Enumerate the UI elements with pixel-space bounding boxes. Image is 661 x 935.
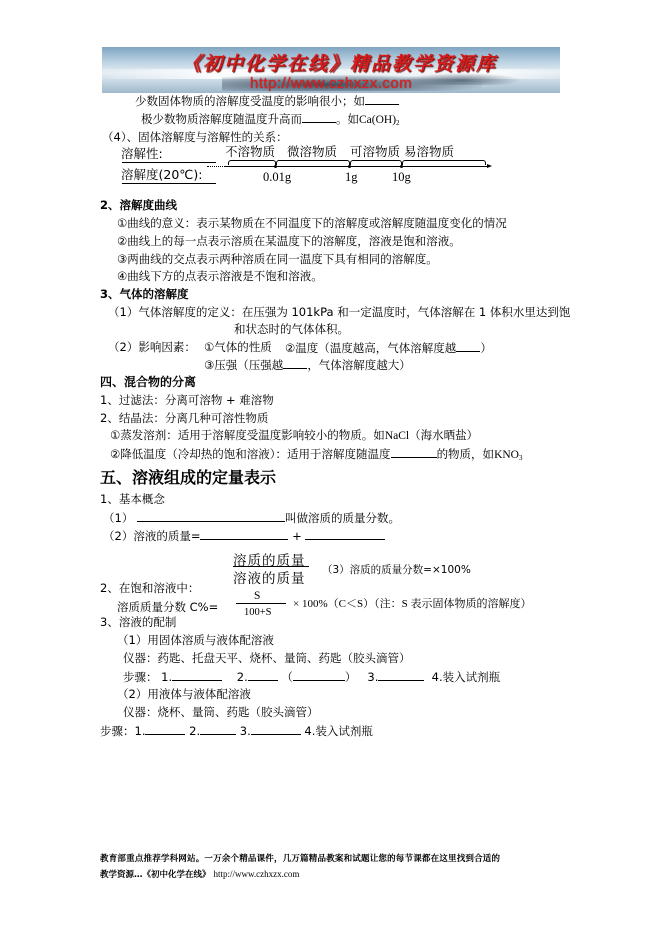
section-heading: 2、在饱和溶液中： (100, 581, 199, 595)
text-line: 仪器：烧杯、量筒、药匙（胶头滴管） (123, 705, 319, 719)
text-line: （2）影响因素： (108, 340, 196, 354)
threshold-label: 10g (392, 170, 411, 184)
tick-mark (348, 165, 351, 168)
list-item: ③两曲线的交点表示两种溶质在同一温度下具有相同的溶解度。 (117, 252, 438, 266)
scale-axis (225, 166, 488, 167)
text-line: ③压强（压强越，气体溶解度越大） (204, 357, 411, 372)
threshold-label: 0.01g (263, 170, 291, 184)
blank (251, 723, 301, 735)
range-brace (228, 160, 276, 165)
tick-mark (274, 165, 277, 168)
category-label: 易溶物质 (404, 145, 454, 159)
steps-row: 步骤：1. 2. 3. 4.装入试剂瓶 (100, 723, 373, 738)
blank (365, 93, 399, 105)
blank (283, 357, 307, 369)
blank (200, 528, 288, 540)
fraction-bar (236, 603, 286, 604)
subsection-title: （1）用固体溶质与液体配溶液 (117, 633, 274, 647)
subsection-title: （4）、固体溶解度与溶解性的关系： (102, 130, 288, 144)
banner-url[interactable]: http://www.czhxzx.com (250, 75, 412, 92)
chapter-heading: 四、混合物的分离 (100, 375, 196, 389)
text-line: ②温度（温度越高，气体溶解度越） (285, 340, 492, 355)
blank (137, 510, 285, 522)
steps-row: 步骤： 1. 2. （） 3. 4.装入试剂瓶 (123, 669, 500, 684)
tick-mark (400, 165, 403, 168)
category-label: 不溶物质 (225, 145, 275, 159)
fraction-denominator: 100+S (244, 606, 272, 620)
arrow-icon (487, 164, 492, 168)
subsection-title: （2）用液体与液体配溶液 (117, 687, 251, 701)
label-underline (122, 162, 216, 163)
list-item: ②曲线上的每一点表示溶质在某温度下的溶解度，溶液是饱和溶液。 (117, 234, 461, 248)
label-underline (122, 183, 216, 184)
scale-dotted-start (207, 166, 225, 167)
blank (391, 446, 437, 458)
text-line: 少数固体物质的溶解度受温度的影响很小；如 (135, 93, 399, 108)
list-item: ①蒸发溶剂：适用于溶解度受温度影响较小的物质。如NaCl（海水晒盐） (110, 428, 478, 443)
blank (145, 723, 185, 735)
section-heading: 2、溶解度曲线 (100, 198, 177, 212)
banner-title: 《初中化学在线》精品教学资源库 (182, 49, 497, 76)
text-line: 和状态时的气体体积。 (234, 322, 349, 336)
blank (200, 723, 236, 735)
text-line: （1） 叫做溶质的质量分数。 (103, 510, 400, 525)
range-brace (350, 160, 402, 165)
blank (456, 340, 480, 352)
category-label: 微溶物质 (287, 145, 337, 159)
section-heading: 1、基本概念 (100, 492, 165, 506)
text-line: （3）溶质的质量分数=×100% (322, 563, 471, 577)
blank (302, 111, 336, 123)
text-line: （2）溶液的质量= + (103, 528, 385, 543)
text-line: （1）气体溶解度的定义：在压强为 101kPa 和一定温度时，气体溶解在 1 体… (108, 305, 570, 319)
scale-row-label: 溶解度(20℃): (121, 168, 202, 182)
range-brace (276, 160, 350, 165)
scale-row-label: 溶解性: (121, 147, 163, 161)
category-label: 可溶物质 (350, 145, 400, 159)
footer-url[interactable]: http://www.czhxzx.com (213, 869, 299, 879)
fraction-numerator: S (254, 589, 260, 603)
fraction-denominator: 溶液的质量 (233, 567, 306, 587)
list-item: ④曲线下方的点表示溶液是不饱和溶液。 (117, 269, 323, 283)
blank (378, 669, 424, 681)
section-heading: 3、气体的溶解度 (100, 287, 189, 301)
section-heading: 3、溶液的配制 (100, 615, 176, 629)
list-item: ②降低温度（冷却热的饱和溶液）：适用于溶解度随温度的物质，如KNO3 (110, 446, 522, 465)
list-item: 2、结晶法：分离几种可溶性物质 (100, 411, 268, 425)
text-line: 极少数物质溶解度随温度升高而。如Ca(OH)2 (141, 111, 400, 130)
blank (293, 669, 345, 681)
footer-line: 教学资源…《初中化学在线》 http://www.czhxzx.com (100, 867, 299, 882)
blank (248, 669, 278, 681)
text-line: ①气体的性质 (204, 340, 272, 354)
list-item: 1、过滤法：分离可溶物 + 难溶物 (100, 393, 274, 407)
text-line: 仪器：药匙、托盘天平、烧杯、量筒、药匙（胶头滴管） (123, 651, 411, 665)
blank (172, 669, 222, 681)
chapter-heading: 五、溶液组成的定量表示 (100, 465, 276, 488)
list-item: ①曲线的意义：表示某物质在不同温度下的溶解度或溶解度随温度变化的情况 (117, 216, 507, 230)
text-line: × 100%（C＜S）（注：S 表示固体物质的溶解度） (293, 597, 531, 611)
footer-line: 教育部重点推荐学科网站。一万余个精品课件，几万篇精品教案和试题让您的每节课都在这… (100, 852, 500, 866)
blank (305, 528, 385, 540)
range-brace (402, 160, 486, 165)
threshold-label: 1g (345, 170, 358, 184)
text-line: 溶质质量分数 C%= (117, 600, 218, 614)
header-banner: 《初中化学在线》精品教学资源库 http://www.czhxzx.com (102, 47, 560, 93)
